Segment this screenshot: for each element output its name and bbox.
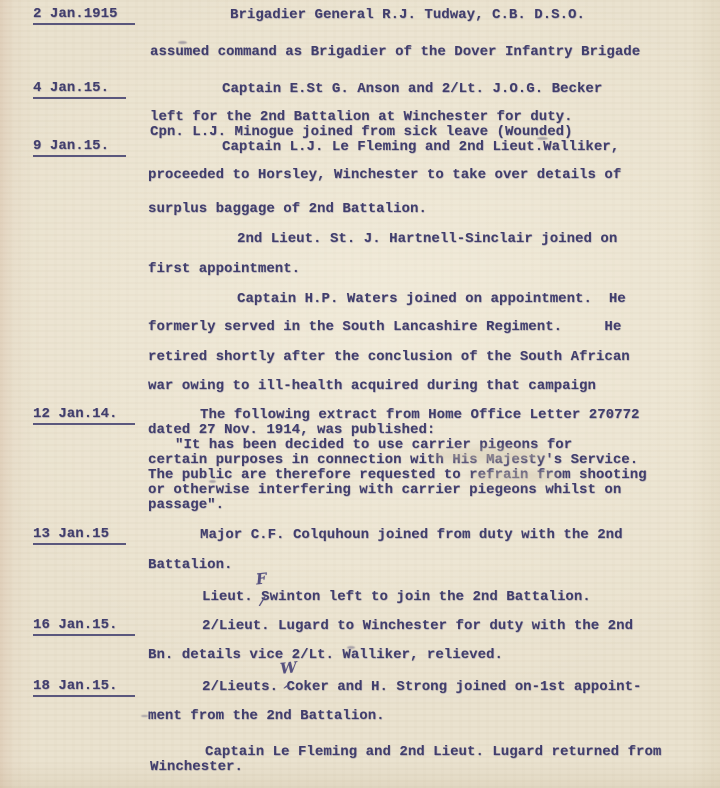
diary-text-line: assumed command as Brigadier of the Dove… xyxy=(150,45,640,60)
ink-smudge xyxy=(537,137,548,140)
entry-date-4: 12 Jan.14. xyxy=(33,407,135,425)
diary-text-line: Captain L.J. Le Fleming and 2nd Lieut.Wa… xyxy=(222,140,619,155)
diary-text-line: retired shortly after the conclusion of … xyxy=(148,350,630,365)
diary-text-line: Captain H.P. Waters joined on appointmen… xyxy=(237,292,626,307)
diary-text-line: Cpn. L.J. Minogue joined from sick leave… xyxy=(150,125,573,140)
diary-text-line: 2/Lieuts. Coker and H. Strong joined on-… xyxy=(202,680,641,695)
diary-text-line: proceeded to Horsley, Winchester to take… xyxy=(148,168,621,183)
diary-text-line: first appointment. xyxy=(148,262,300,277)
entry-date-3: 9 Jan.15. xyxy=(33,139,126,157)
ink-smudge xyxy=(141,715,148,717)
paper-blotch xyxy=(430,448,550,462)
entry-date-6: 16 Jan.15. xyxy=(33,618,135,636)
paper-blotch xyxy=(470,470,560,482)
diary-text-line: formerly served in the South Lancashire … xyxy=(148,320,621,335)
diary-text-line: The public are therefore requested to re… xyxy=(148,468,647,483)
diary-text-line: passage". xyxy=(148,498,224,513)
diary-text-line: left for the 2nd Battalion at Winchester… xyxy=(150,110,573,125)
diary-text-line: Major C.F. Colquhoun joined from duty wi… xyxy=(200,528,623,543)
handwritten-insertion-w: W xyxy=(279,658,298,678)
diary-text-line: Captain Le Fleming and 2nd Lieut. Lugard… xyxy=(205,745,661,760)
diary-text-line: Battalion. xyxy=(148,558,233,573)
entry-date-5: 13 Jan.15 xyxy=(33,527,126,545)
ink-smudge xyxy=(178,41,187,44)
ink-smudge xyxy=(209,480,216,483)
diary-text-line: 2/Lieut. Lugard to Winchester for duty w… xyxy=(202,619,633,634)
entry-date-2: 4 Jan.15. xyxy=(33,81,126,99)
diary-text-line: The following extract from Home Office L… xyxy=(200,408,639,423)
diary-text-line: Bn. details vice 2/Lt. Walliker, relieve… xyxy=(148,648,503,663)
diary-text-line: ment from the 2nd Battalion. xyxy=(148,709,385,724)
entry-date-7: 18 Jan.15. xyxy=(33,679,135,697)
diary-text-line: 2nd Lieut. St. J. Hartnell-Sinclair join… xyxy=(237,232,617,247)
diary-text-line: Brigadier General R.J. Tudway, C.B. D.S.… xyxy=(230,8,585,23)
entry-date-1: 2 Jan.1915 xyxy=(33,7,135,25)
diary-text-line: dated 27 Nov. 1914, was published: xyxy=(148,423,435,438)
handwritten-insertion-f: F xyxy=(255,569,267,588)
diary-text-line: war owing to ill-health acquired during … xyxy=(148,379,596,394)
insertion-caret-icon: / xyxy=(260,594,265,608)
diary-text-line: Captain E.St G. Anson and 2/Lt. J.O.G. B… xyxy=(222,82,602,97)
insertion-caret-icon: ^ xyxy=(282,683,293,698)
diary-text-line: surplus baggage of 2nd Battalion. xyxy=(148,202,427,217)
ink-smudge xyxy=(347,646,355,649)
diary-page: 2 Jan.1915 Brigadier General R.J. Tudway… xyxy=(0,0,720,788)
diary-text-line: Winchester. xyxy=(150,760,243,775)
diary-text-line: certain purposes in connection with His … xyxy=(148,453,638,468)
diary-text-line: or otherwise interfering with carrier pi… xyxy=(148,483,621,498)
